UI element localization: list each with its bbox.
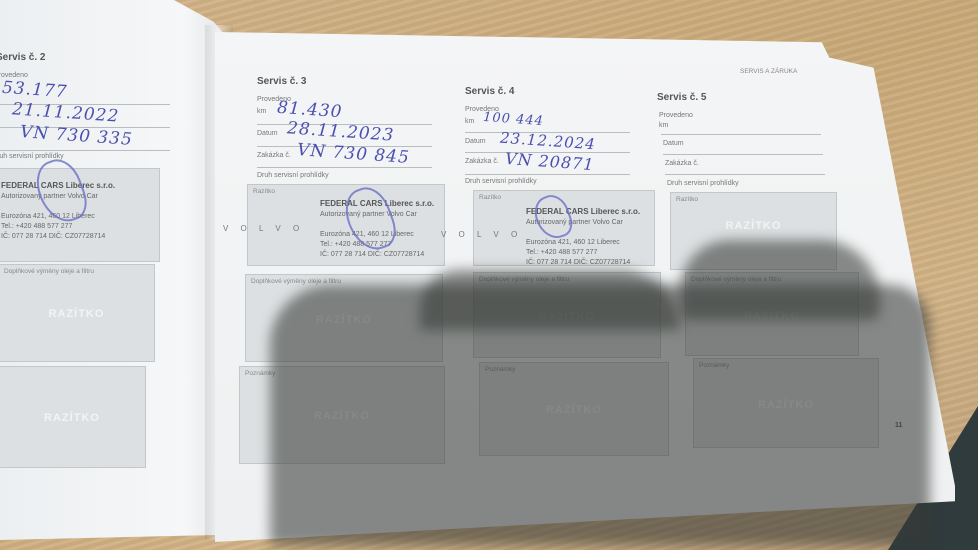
divider <box>663 154 823 155</box>
divider <box>0 150 170 151</box>
divider <box>465 174 630 175</box>
date-label: Datum <box>257 130 278 137</box>
km-label: km <box>465 118 474 125</box>
service-2-remarks-box: RAZÍTKO <box>0 366 146 468</box>
oil-caption: Doplňkové výměny oleje a filtru <box>4 268 94 275</box>
stamp-placeholder: RAZÍTKO <box>0 308 154 320</box>
dealer-ids: IČ: 077 28 714 DIČ: CZ07728714 <box>526 259 630 266</box>
date-label: Datum <box>663 140 684 147</box>
order-label: Zakázka č. <box>665 160 699 167</box>
service-3-km: 81.430 <box>276 98 343 123</box>
dealer-phone: Tel.: +420 488 577 277 <box>526 249 597 256</box>
stamp-caption: Razítko <box>253 188 275 195</box>
stamp-placeholder: RAZÍTKO <box>0 412 145 424</box>
service-2-oil-box: Doplňkové výměny oleje a filtru RAZÍTKO <box>0 264 155 362</box>
service-3-title: Servis č. 3 <box>257 76 306 87</box>
stamp-placeholder: RAZÍTKO <box>671 220 836 232</box>
service-2-km: 53.177 <box>1 78 68 103</box>
order-label: Zakázka č. <box>465 158 499 165</box>
service-4-title: Servis č. 4 <box>465 86 514 97</box>
hand-shadow-mid <box>420 270 680 330</box>
service-2-stamp-box: FEDERAL CARS Liberec s.r.o. Autorizovaný… <box>0 168 160 262</box>
left-page: Servis č. 2 Provedeno 53.177 21.11.2022 … <box>0 0 232 540</box>
volvo-logo: V O L V O <box>223 224 304 233</box>
hand-shadow-fingers <box>680 240 880 320</box>
oil-caption: Doplňkové výměny oleje a filtru <box>251 278 341 285</box>
stamp-caption: Razítko <box>676 196 698 203</box>
km-label: km <box>659 122 668 129</box>
dealer-ids: IČ: 077 28 714 DIČ: CZ07728714 <box>320 251 424 258</box>
inspection-type-label: Druh servisní prohlídky <box>257 172 329 179</box>
performed-by-label: Provedeno <box>659 112 693 119</box>
divider <box>257 167 432 168</box>
divider <box>665 174 825 175</box>
divider <box>661 134 821 135</box>
order-label: Zakázka č. <box>257 152 291 159</box>
dealer-address: Eurozóna 421, 460 12 Liberec <box>526 239 620 246</box>
dealer-phone: Tel.: +420 488 577 277 <box>1 223 72 230</box>
service-5-title: Servis č. 5 <box>657 92 706 103</box>
volvo-logo: V O L V O <box>441 230 522 239</box>
date-label: Datum <box>465 138 486 145</box>
service-4-stamp-box: Razítko FEDERAL CARS Liberec s.r.o. Auto… <box>473 190 655 266</box>
page-header: SERVIS A ZÁRUKA <box>740 68 797 75</box>
stamp-caption: Razítko <box>479 194 501 201</box>
km-label: km <box>257 108 266 115</box>
dealer-ids: IČ: 077 28 714 DIČ: CZ07728714 <box>1 233 105 240</box>
inspection-type-label: Druh servisní prohlídky <box>667 180 739 187</box>
service-4-km: 100 444 <box>483 110 545 129</box>
inspection-type-label: Druh servisní prohlídky <box>465 178 537 185</box>
service-2-title: Servis č. 2 <box>0 52 45 63</box>
